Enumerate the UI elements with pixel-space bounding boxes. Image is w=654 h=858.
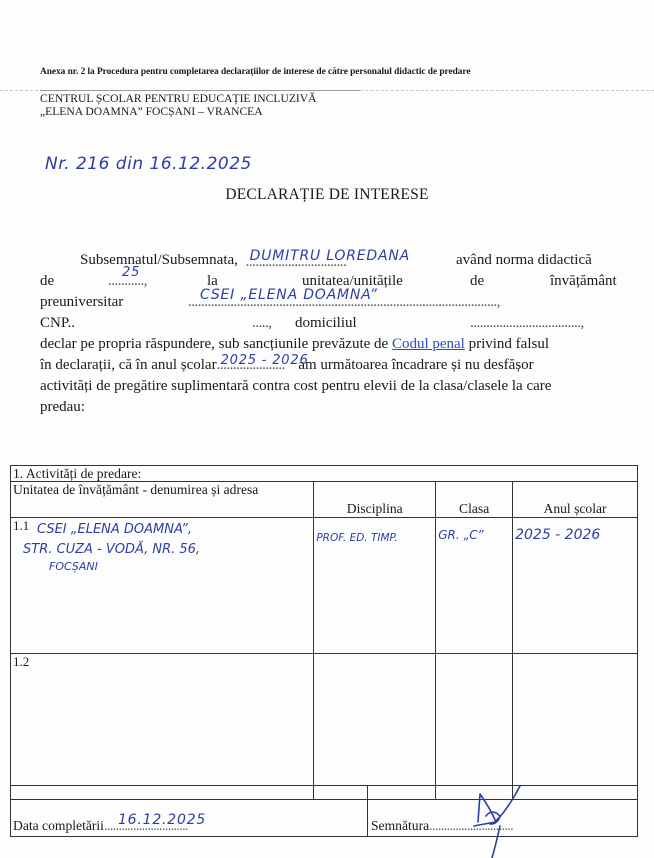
footer-box: Data completării........................… xyxy=(10,785,638,837)
institution-name-line2: „ELENA DOAMNA” FOCȘANI – VRANCEA xyxy=(40,105,263,118)
row-1-discipline[interactable]: PROF. ED. TIMP. xyxy=(314,518,436,654)
norma-value: 25 xyxy=(122,262,140,283)
activities-table: 1. Activități de predare: Unitatea de în… xyxy=(10,465,638,800)
col-header-discipline: Disciplina xyxy=(314,482,436,518)
school-year-value: 2025 - 2026 xyxy=(221,350,309,371)
name-field[interactable]: ............................... DUMITRU … xyxy=(242,250,432,271)
name-value: DUMITRU LOREDANA xyxy=(250,246,410,267)
row-2-discipline[interactable] xyxy=(314,654,436,800)
row-1-unit[interactable]: 1.1 CSEI „ELENA DOAMNA”, STR. CUZA - VOD… xyxy=(11,518,314,654)
school-year-field[interactable]: .....................2025 - 2026 xyxy=(217,355,295,376)
incadrare-text: am următoarea încadrare și nu desfășor xyxy=(298,357,533,373)
registration-number: Nr. 216 din 16.12.2025 xyxy=(45,154,252,174)
row-1-index: 1.1 xyxy=(13,518,29,533)
col-header-year: Anul școlar xyxy=(513,482,638,518)
col-header-unit: Unitatea de învățământ - denumirea și ad… xyxy=(11,482,314,518)
header-divider-solid xyxy=(40,90,360,91)
row-1-unit-line2: STR. CUZA - VODĂ, NR. 56, xyxy=(23,540,200,560)
domiciliul-label: domiciliul xyxy=(295,313,357,334)
footer-divider xyxy=(367,786,368,836)
de-label: de xyxy=(40,271,54,292)
date-label: Data completării xyxy=(13,818,104,833)
annex-header: Anexa nr. 2 la Procedura pentru completa… xyxy=(40,67,470,77)
body-line-8: predau: xyxy=(40,397,85,418)
row-2-index: 1.2 xyxy=(13,654,29,669)
an-scolar-text: în declarații, că în anul școlar xyxy=(40,357,217,373)
row-2-year[interactable] xyxy=(513,654,638,800)
row-2-class[interactable] xyxy=(436,654,513,800)
section-title: 1. Activități de predare: xyxy=(11,466,638,482)
signature-label: Semnătura xyxy=(371,818,429,833)
body-line-6: în declarații, că în anul școlar........… xyxy=(40,355,534,376)
document-title: DECLARAȚIE DE INTERESE xyxy=(0,186,654,204)
de2-label: de xyxy=(470,271,484,292)
row-1-unit-line3: FOCȘANI xyxy=(23,560,200,574)
unit-value: CSEI „ELENA DOAMNA” xyxy=(200,285,378,306)
declar-text: declar pe propria răspundere, sub sancți… xyxy=(40,336,388,352)
preuniversitar-label: preuniversitar xyxy=(40,292,123,313)
privind-falsul-text: privind falsul xyxy=(469,336,549,352)
subsemnatul-label: Subsemnatul/Subsemnata, xyxy=(80,252,238,268)
body-line-7: activități de pregătire suplimentară con… xyxy=(40,376,551,397)
table-row: 1.1 CSEI „ELENA DOAMNA”, STR. CUZA - VOD… xyxy=(11,518,638,654)
cnp-field[interactable]: ....., xyxy=(252,313,272,334)
table-row: 1.2 xyxy=(11,654,638,800)
institution-name-line1: CENTRUL ȘCOLAR PENTRU EDUCAȚIE INCLUZIVĂ xyxy=(40,92,317,105)
row-1-year[interactable]: 2025 - 2026 xyxy=(513,518,638,654)
col-header-class: Clasa xyxy=(436,482,513,518)
row-2-unit[interactable]: 1.2 xyxy=(11,654,314,800)
cnp-label: CNP.. xyxy=(40,313,75,334)
domiciliul-field[interactable]: .................................., xyxy=(470,313,584,334)
avand-norma-label: având norma didactică xyxy=(456,250,592,271)
row-1-unit-line1: CSEI „ELENA DOAMNA”, xyxy=(37,520,192,540)
invatamant-label: învățământ xyxy=(550,271,617,292)
date-field[interactable]: Data completării........................… xyxy=(13,818,216,834)
signature-mark-icon xyxy=(470,782,530,858)
date-value: 16.12.2025 xyxy=(118,812,206,828)
row-1-class[interactable]: GR. „C” xyxy=(436,518,513,654)
codul-penal-link[interactable]: Codul penal xyxy=(392,336,465,352)
